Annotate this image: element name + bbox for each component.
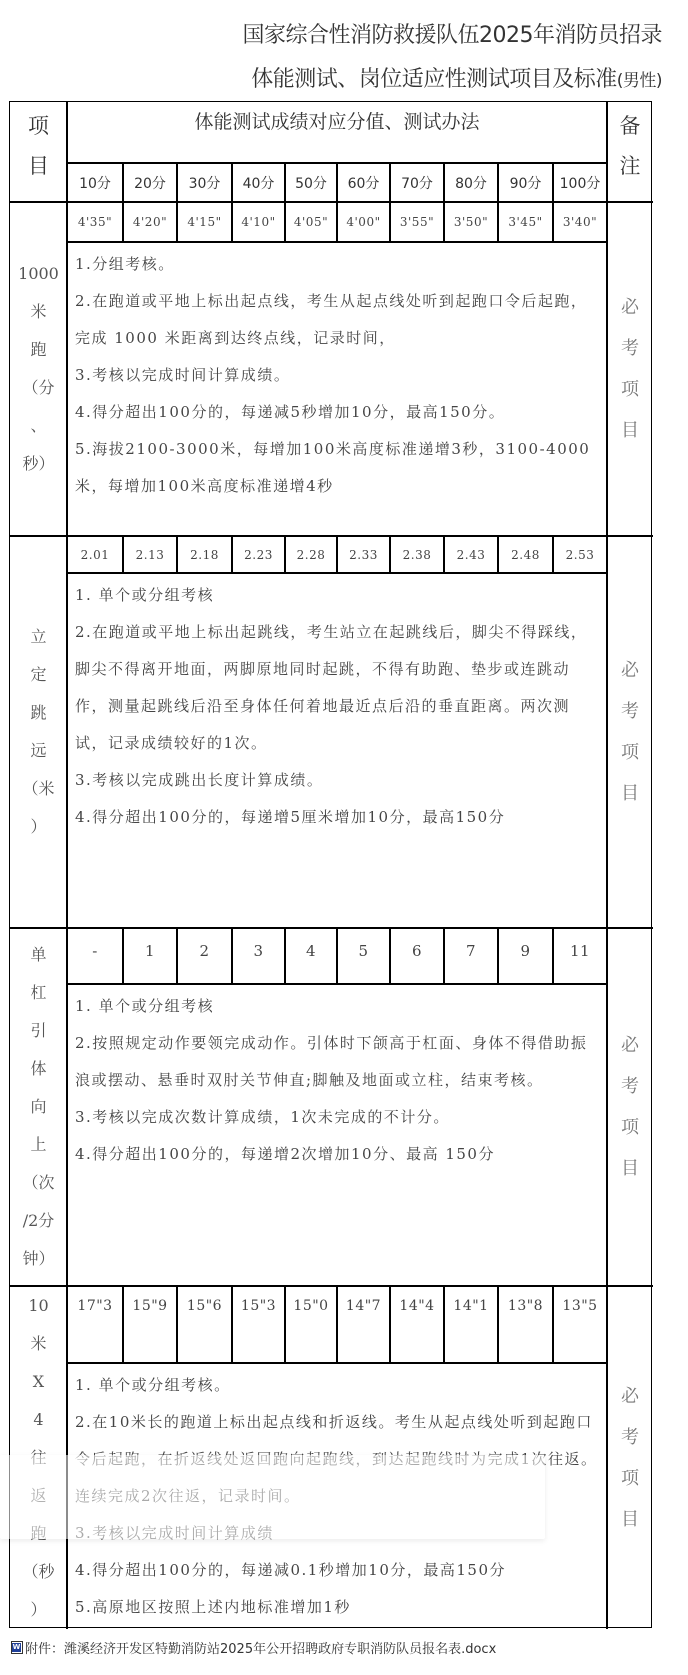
- word-doc-icon: [11, 1641, 23, 1654]
- score-value-90: 13"8: [498, 1286, 553, 1363]
- grid-line: [389, 536, 391, 573]
- grid-line: [67, 241, 607, 243]
- remark-required-item: 必考项目: [607, 928, 653, 1286]
- method-step: 4.得分超出100分的，每递增5厘米增加10分，最高150分: [75, 799, 599, 836]
- item-label-char: 引: [30, 1012, 46, 1050]
- remark-char: 目: [621, 773, 639, 814]
- grid-line: [497, 928, 499, 984]
- score-value-90: 9: [498, 928, 553, 984]
- score-value-80: 14"1: [444, 1286, 498, 1363]
- item-column-header: 项目: [10, 102, 67, 202]
- method-step: 5.高原地区按照上述内地标准增加1秒: [75, 1589, 599, 1626]
- score-value-20: 15"9: [123, 1286, 177, 1363]
- grid-line: [336, 1286, 338, 1363]
- item-label-char: 钟）: [22, 1240, 54, 1278]
- item-label-char: 跳: [30, 694, 46, 732]
- grid-line: [176, 1286, 178, 1363]
- grid-line: [231, 1286, 233, 1363]
- grid-line: [443, 163, 445, 202]
- remark-char: 考: [621, 328, 639, 369]
- score-value-100: 3'40": [553, 202, 607, 242]
- item-label-char: 单: [30, 936, 46, 974]
- remark-char: 目: [621, 1499, 639, 1540]
- grid-line: [389, 1286, 391, 1363]
- item-label-char: 、: [30, 407, 46, 445]
- score-value-80: 3'50": [444, 202, 498, 242]
- score-header-90: 90分: [498, 163, 553, 202]
- score-value-20: 1: [123, 928, 177, 984]
- score-value-40: 2.23: [232, 536, 285, 573]
- method-step: 1. 单个或分组考核。: [75, 1367, 599, 1404]
- remark-char: 必: [621, 650, 639, 691]
- method-step: 1. 单个或分组考核: [75, 988, 599, 1025]
- grid-line: [497, 536, 499, 573]
- score-value-50: 2.28: [285, 536, 337, 573]
- score-header-10: 10分: [67, 163, 123, 202]
- grid-line: [606, 102, 608, 202]
- grid-line: [66, 202, 68, 536]
- main-header: 体能测试成绩对应分值、测试办法: [67, 102, 607, 163]
- score-value-60: 5: [337, 928, 390, 984]
- grid-line: [336, 202, 338, 242]
- score-value-70: 3'55": [390, 202, 444, 242]
- item-label-char: 4: [33, 1401, 43, 1439]
- grid-line: [552, 202, 554, 242]
- remark-required-item: 必考项目: [607, 202, 653, 536]
- method-step: 3.考核以完成次数计算成绩，1次未完成的不计分。: [75, 1099, 599, 1136]
- grid-line: [231, 928, 233, 984]
- grid-line: [284, 202, 286, 242]
- title-main: 体能测试、岗位适应性测试项目及标准: [251, 67, 617, 92]
- score-header-60: 60分: [337, 163, 390, 202]
- item-label-char: 1000: [18, 255, 59, 293]
- test-method-description: 1.分组考核。2.在跑道或平地上标出起点线，考生从起点线处听到起跑口令后起跑，完…: [67, 242, 607, 536]
- attachment-link[interactable]: 附件：潍溪经济开发区特勤消防站2025年公开招聘政府专职消防队员报名表.docx: [11, 1638, 496, 1657]
- grid-line: [176, 928, 178, 984]
- score-value-70: 2.38: [390, 536, 444, 573]
- attachment-label[interactable]: 附件：潍溪经济开发区特勤消防站2025年公开招聘政府专职消防队员报名表.docx: [25, 1638, 496, 1657]
- row-item-standing-long-jump: 立定跳远（米）: [10, 536, 67, 928]
- score-value-60: 4'00": [337, 202, 390, 242]
- method-step: 2.在跑道或平地上标出起跳线，考生站立在起跳线后，脚尖不得踩线，脚尖不得离开地面…: [75, 614, 599, 762]
- score-value-10: 2.01: [67, 536, 123, 573]
- grid-line: [176, 202, 178, 242]
- method-step: 4.得分超出100分的，每递增2次增加10分、最高 150分: [75, 1136, 599, 1173]
- grid-line: [606, 1286, 608, 1629]
- score-value-30: 15"6: [177, 1286, 232, 1363]
- grid-line: [231, 163, 233, 202]
- score-header-100: 100分: [553, 163, 607, 202]
- score-value-100: 13"5: [553, 1286, 607, 1363]
- grid-line: [606, 536, 608, 928]
- method-step: 2.在跑道或平地上标出起点线，考生从起点线处听到起跑口令后起跑，完成 1000 …: [75, 283, 599, 357]
- grid-line: [231, 202, 233, 242]
- item-label-char: 向: [30, 1088, 46, 1126]
- item-label-char: 米: [30, 293, 46, 331]
- grid-line: [284, 163, 286, 202]
- score-value-30: 2.18: [177, 536, 232, 573]
- score-value-40: 4'10": [232, 202, 285, 242]
- grid-line: [606, 202, 608, 536]
- score-value-20: 2.13: [123, 536, 177, 573]
- grid-line: [443, 1286, 445, 1363]
- grid-line: [122, 202, 124, 242]
- grid-line: [67, 983, 607, 985]
- score-value-10: -: [67, 928, 123, 984]
- item-label-char: 杠: [30, 974, 46, 1012]
- remark-char: 目: [621, 1148, 639, 1189]
- title-gender-suffix: (男性): [617, 71, 662, 91]
- grid-line: [389, 163, 391, 202]
- remark-char: 必: [621, 287, 639, 328]
- item-label-char: ）: [30, 1591, 46, 1629]
- score-value-10: 17"3: [67, 1286, 123, 1363]
- item-label-char: 上: [30, 1126, 46, 1164]
- grid-line: [122, 928, 124, 984]
- remark-char: 考: [621, 1417, 639, 1458]
- grid-line: [122, 536, 124, 573]
- method-step: 4.得分超出100分的，每递减0.1秒增加10分，最高150分: [75, 1552, 599, 1589]
- grid-line: [497, 202, 499, 242]
- document-title-line-1: 国家综合性消防救援队伍2025年消防员招录: [243, 18, 663, 49]
- item-label-char: 米: [30, 1325, 46, 1363]
- row-item-pull-ups: 单杠引体向上（次/2分钟）: [10, 928, 67, 1286]
- score-value-100: 2.53: [553, 536, 607, 573]
- score-value-50: 4'05": [285, 202, 337, 242]
- test-method-description: 1. 单个或分组考核2.在跑道或平地上标出起跳线，考生站立在起跳线后，脚尖不得踩…: [67, 573, 607, 928]
- grid-line: [336, 536, 338, 573]
- item-label-char: 定: [30, 656, 46, 694]
- grid-line: [497, 163, 499, 202]
- method-step: 3.考核以完成跳出长度计算成绩。: [75, 762, 599, 799]
- method-step: 4.得分超出100分的，每递减5秒增加10分，最高150分。: [75, 394, 599, 431]
- score-value-10: 4'35": [67, 202, 123, 242]
- grid-line: [552, 928, 554, 984]
- method-step: 3.考核以完成时间计算成绩。: [75, 357, 599, 394]
- remark-header-char: 备: [620, 106, 641, 146]
- grid-line: [67, 1362, 607, 1364]
- grid-line: [389, 202, 391, 242]
- score-value-90: 3'45": [498, 202, 553, 242]
- remark-char: 考: [621, 691, 639, 732]
- translucent-overlay-panel: [0, 1455, 545, 1539]
- grid-line: [389, 928, 391, 984]
- item-header-char: 目: [28, 146, 49, 186]
- score-value-60: 14"7: [337, 1286, 390, 1363]
- remark-char: 项: [621, 1107, 639, 1148]
- item-label-char: （分: [22, 369, 54, 407]
- score-value-50: 4: [285, 928, 337, 984]
- score-value-20: 4'20": [123, 202, 177, 242]
- grid-line: [231, 536, 233, 573]
- item-label-char: 跑: [30, 331, 46, 369]
- score-header-20: 20分: [123, 163, 177, 202]
- grid-line: [122, 163, 124, 202]
- grid-line: [284, 536, 286, 573]
- item-label-char: 体: [30, 1050, 46, 1088]
- grid-line: [66, 928, 68, 1286]
- item-header-char: 项: [28, 106, 49, 146]
- method-step: 2.按照规定动作要领完成动作。引体时下颌高于杠面、身体不得借助振浪或摆动、悬垂时…: [75, 1025, 599, 1099]
- standards-table: 项目体能测试成绩对应分值、测试办法10分20分30分40分50分60分70分80…: [9, 101, 652, 1628]
- grid-line: [443, 202, 445, 242]
- grid-line: [66, 102, 68, 202]
- document-title-line-2: 体能测试、岗位适应性测试项目及标准(男性): [251, 62, 662, 93]
- score-value-30: 2: [177, 928, 232, 984]
- method-step: 1.分组考核。: [75, 246, 599, 283]
- item-label-char: /2分: [23, 1202, 55, 1240]
- item-label-char: 立: [30, 618, 46, 656]
- remark-char: 必: [621, 1025, 639, 1066]
- score-value-60: 2.33: [337, 536, 390, 573]
- row-item-1000m-run: 1000米跑（分、秒）: [10, 202, 67, 536]
- item-label-char: 远: [30, 732, 46, 770]
- score-value-40: 15"3: [232, 1286, 285, 1363]
- grid-line: [443, 536, 445, 573]
- grid-line: [67, 572, 607, 574]
- score-header-40: 40分: [232, 163, 285, 202]
- method-step: 1. 单个或分组考核: [75, 577, 599, 614]
- grid-line: [443, 928, 445, 984]
- grid-line: [552, 163, 554, 202]
- score-value-70: 14"4: [390, 1286, 444, 1363]
- remark-required-item: 必考项目: [607, 536, 653, 928]
- score-value-80: 2.43: [444, 536, 498, 573]
- grid-line: [552, 536, 554, 573]
- item-label-char: 秒）: [22, 445, 54, 483]
- score-header-30: 30分: [177, 163, 232, 202]
- grid-line: [176, 536, 178, 573]
- score-value-80: 7: [444, 928, 498, 984]
- score-header-80: 80分: [444, 163, 498, 202]
- grid-line: [176, 163, 178, 202]
- remark-char: 项: [621, 1458, 639, 1499]
- grid-line: [336, 928, 338, 984]
- grid-line: [552, 1286, 554, 1363]
- score-value-70: 6: [390, 928, 444, 984]
- grid-line: [66, 536, 68, 928]
- remark-char: 项: [621, 369, 639, 410]
- score-value-30: 4'15": [177, 202, 232, 242]
- grid-line: [606, 928, 608, 1286]
- remark-header-char: 注: [620, 146, 641, 186]
- remark-char: 项: [621, 732, 639, 773]
- item-label-char: ）: [30, 808, 46, 846]
- method-step: 5.海拔2100-3000米，每增加100米高度标准递增3秒，3100-4000…: [75, 431, 599, 505]
- score-value-50: 15"0: [285, 1286, 337, 1363]
- score-header-70: 70分: [390, 163, 444, 202]
- score-value-40: 3: [232, 928, 285, 984]
- remark-char: 考: [621, 1066, 639, 1107]
- score-value-100: 11: [553, 928, 607, 984]
- grid-line: [284, 928, 286, 984]
- remark-char: 必: [621, 1376, 639, 1417]
- remark-required-item: 必考项目: [607, 1286, 653, 1629]
- grid-line: [284, 1286, 286, 1363]
- remark-char: 目: [621, 410, 639, 451]
- test-method-description: 1. 单个或分组考核2.按照规定动作要领完成动作。引体时下颌高于杠面、身体不得借…: [67, 984, 607, 1286]
- remark-column-header: 备注: [607, 102, 653, 202]
- item-label-char: 10: [28, 1287, 48, 1325]
- grid-line: [336, 163, 338, 202]
- item-label-char: （秒: [22, 1553, 54, 1591]
- item-label-char: （次: [22, 1164, 54, 1202]
- score-value-90: 2.48: [498, 536, 553, 573]
- score-header-50: 50分: [285, 163, 337, 202]
- grid-line: [497, 1286, 499, 1363]
- item-label-char: （米: [22, 770, 54, 808]
- grid-line: [122, 1286, 124, 1363]
- item-label-char: X: [33, 1363, 44, 1401]
